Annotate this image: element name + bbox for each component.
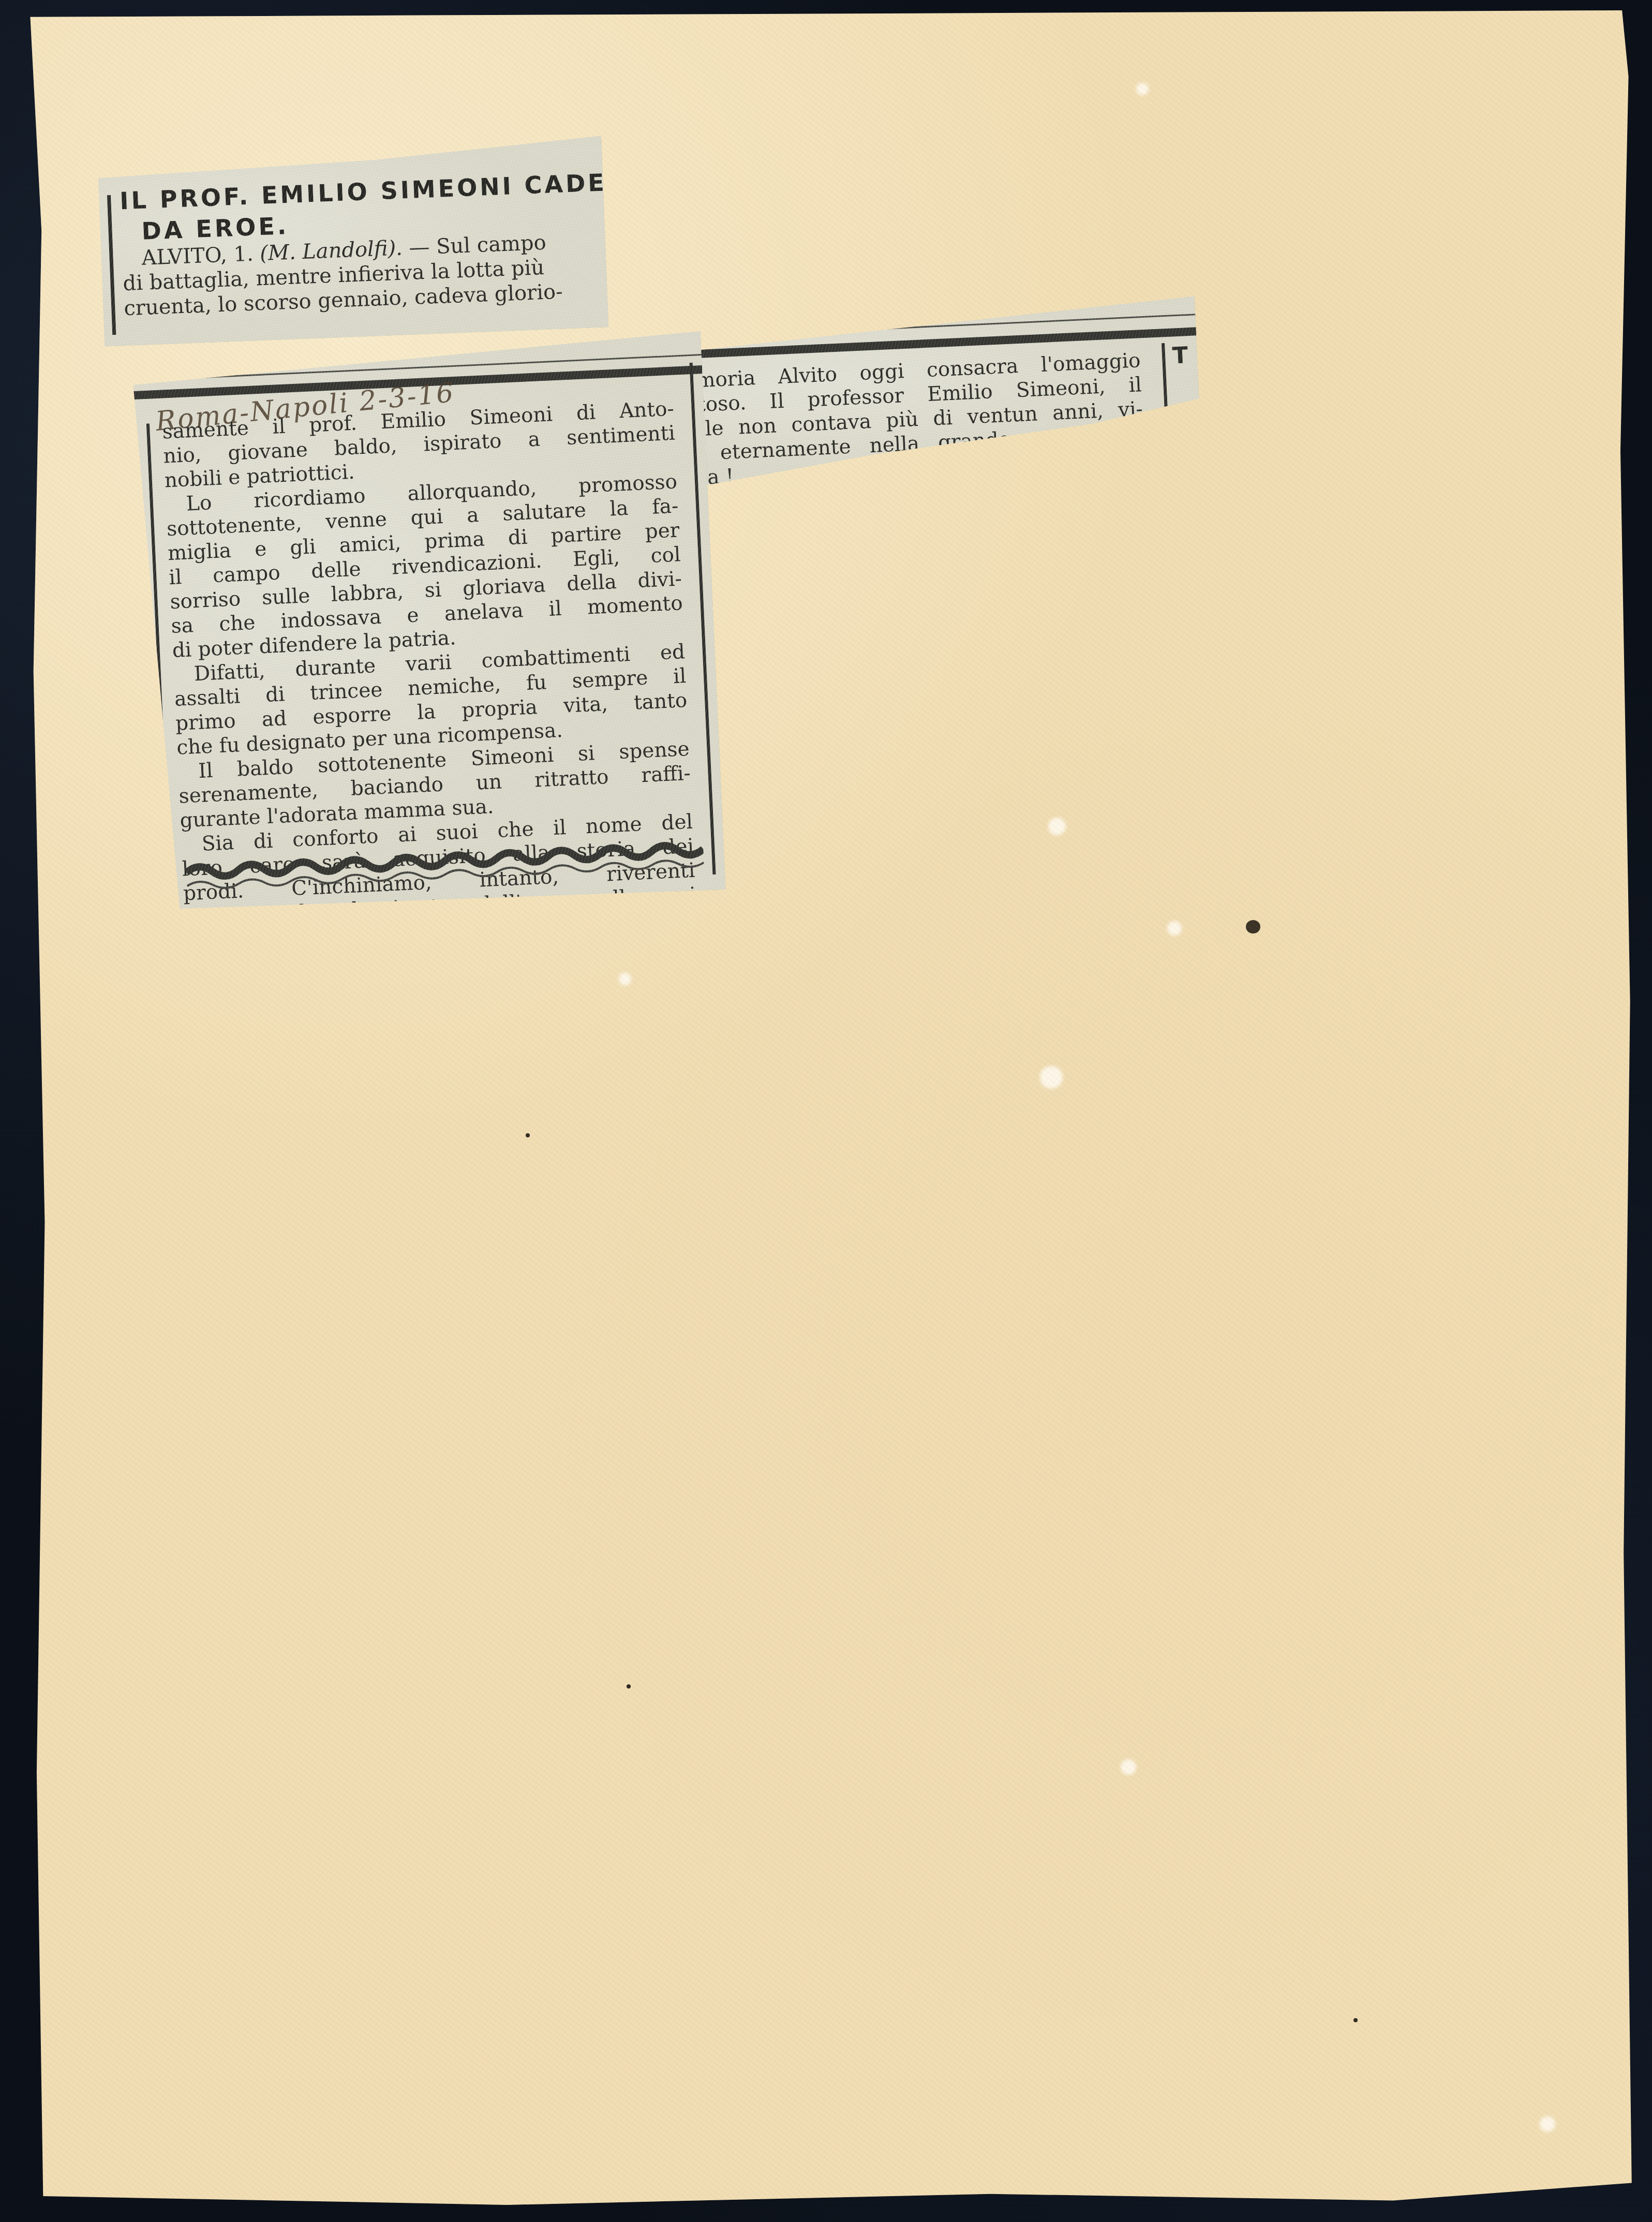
light-spot — [1048, 818, 1066, 835]
light-spot — [1167, 921, 1182, 936]
article-clipping-left: Roma-Napoli 2-3-16 samente il prof. Emil… — [132, 331, 726, 915]
dateline-place: ALVITO, 1. — [141, 242, 254, 270]
light-spot — [1136, 83, 1149, 95]
light-spot — [1121, 1759, 1136, 1775]
light-spot — [1040, 1066, 1063, 1089]
light-spot — [1540, 2116, 1555, 2132]
light-spot — [619, 973, 631, 985]
speck — [627, 1684, 631, 1688]
column-rule — [107, 195, 116, 335]
speck — [526, 1133, 530, 1137]
speck — [1353, 2018, 1358, 2022]
ink-spot — [1246, 920, 1260, 934]
adjacent-column-fragment: T — [1172, 342, 1188, 369]
